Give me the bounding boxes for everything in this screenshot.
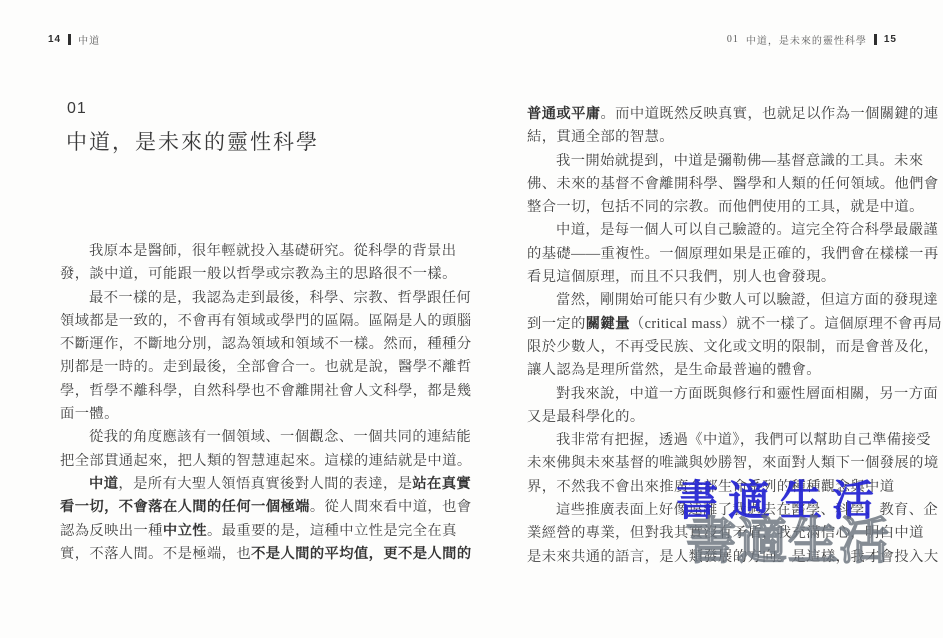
text-segment: ，是所有大聖人領悟真實後對人間的表達，是 [118,476,412,492]
text-line: 中道，是所有大聖人領悟真實後對人間的表達，是站在真實 [60,473,460,496]
text-segment: 站在真實 [412,476,471,492]
left-running-header: 14 中道 [48,32,100,47]
text-line: 發，談中道，可能跟一般以哲學或宗教為主的思路很不一樣。 [60,263,460,286]
text-segment: 看見這個原理，而且不只我們，別人也會發現。 [527,269,836,285]
header-divider-bar [874,34,877,45]
text-segment: 發，談中道，可能跟一般以哲學或宗教為主的思路很不一樣。 [60,266,457,282]
text-segment: 中道，是每一個人可以自己驗證的。這完全符合科學最嚴謹 [556,222,938,238]
text-line: 對我來說，中道一方面既與修行和靈性層面相關，另一方面 [527,383,907,406]
text-segment: 學，哲學不離科學，自然科學也不會離開社會人文科學，都是幾 [60,383,472,399]
text-line: 普通或平庸。而中道既然反映真實，也就足以作為一個關鍵的連 [527,103,907,126]
text-line: 最不一樣的是，我認為走到最後，科學、宗教、哲學跟任何 [60,287,460,310]
text-line: 當然，剛開始可能只有少數人可以驗證，但這方面的發現達 [527,289,907,312]
text-segment: 把全部貫通起來，把人類的智慧連起來。這樣的連結就是中道。 [60,453,472,469]
left-running-title: 中道 [78,32,100,47]
text-line: 看見這個原理，而且不只我們，別人也會發現。 [527,266,907,289]
text-line: 從我的角度應該有一個領域、一個觀念、一個共同的連結能 [60,426,460,449]
chapter-number: 01 [67,100,87,118]
text-segment: 我一開始就提到，中道是彌勒佛—基督意識的工具。未來 [556,153,923,169]
text-segment: 領域都是一致的，不會再有領域或學門的區隔。區隔是人的頭腦 [60,313,472,329]
text-segment: 我原本是醫師，很年輕就投入基礎研究。從科學的背景出 [89,243,456,259]
text-segment: 結，貫通全部的智慧。 [527,129,674,145]
text-line: 把全部貫通起來，把人類的智慧連起來。這樣的連結就是中道。 [60,450,460,473]
header-divider-bar [68,34,71,45]
text-segment: 佛、未來的基督不會離開科學、醫學和人類的任何領域。他們會 [527,176,939,192]
text-line: 結，貫通全部的智慧。 [527,126,907,149]
text-segment: 不是人間的平均值，更不是人間的 [251,546,471,562]
right-page-number: 15 [884,34,897,45]
text-line: 領域都是一致的，不會再有領域或學門的區隔。區隔是人的頭腦 [60,310,460,333]
right-running-header: 01 中道，是未來的靈性科學 15 [727,32,897,47]
text-segment: 關鍵量 [586,316,630,332]
text-line: 限於少數人，不再受民族、文化或文明的限制，而是會普及化， [527,336,907,359]
text-segment: 從我的角度應該有一個領域、一個觀念、一個共同的連結能 [89,429,471,445]
text-segment: （critical mass）就不一樣了。這個原理不會再局 [630,316,942,332]
right-running-title: 中道，是未來的靈性科學 [746,32,867,47]
watermark-outline: 書適生活 [686,501,890,573]
text-line: 不斷運作，不斷地分別，認為領域和領域不一樣。然而，種種分 [60,333,460,356]
text-line: 實，不落人間。不是極端，也不是人間的平均值，更不是人間的 [60,543,460,566]
text-segment: 看一切，不會落在人間的任何一個極端 [60,499,310,515]
text-segment: 對我來說，中道一方面既與修行和靈性層面相關，另一方面 [556,386,938,402]
text-line: 整合一切，包括不同的宗教。而他們使用的工具，就是中道。 [527,196,907,219]
text-line: 面一體。 [60,403,460,426]
right-running-chapter: 01 [727,34,739,45]
text-line: 讓人認為是理所當然，是生命最普遍的體會。 [527,359,907,382]
text-line: 我一開始就提到，中道是彌勒佛—基督意識的工具。未來 [527,150,907,173]
text-line: 我非常有把握，透過《中道》，我們可以幫助自己準備接受 [527,429,907,452]
book-spread: 14 中道 01 中道，是未來的靈性科學 15 01 中道，是未來的靈性科學 我… [0,0,943,638]
text-line: 到一定的關鍵量（critical mass）就不一樣了。這個原理不會再局 [527,313,907,336]
text-segment: 到一定的 [527,316,586,332]
text-line: 認為反映出一種中立性。最重要的是，這種中立性是完全在真 [60,520,460,543]
text-line: 佛、未來的基督不會離開科學、醫學和人類的任何領域。他們會 [527,173,907,196]
text-segment: 的基礎——重複性。一個原理如果是正確的，我們會在樣樣一再 [527,246,939,262]
text-segment: 普通或平庸 [527,106,600,122]
text-segment: 。而中道既然反映真實，也就足以作為一個關鍵的連 [600,106,938,122]
chapter-title: 中道，是未來的靈性科學 [66,126,319,156]
text-line: 中道，是每一個人可以自己驗證的。這完全符合科學最嚴謹 [527,219,907,242]
text-segment: 限於少數人，不再受民族、文化或文明的限制，而是會普及化， [527,339,939,355]
text-segment: 中道 [89,476,118,492]
text-segment: 當然，剛開始可能只有少數人可以驗證，但這方面的發現達 [556,292,938,308]
text-line: 又是最科學化的。 [527,406,907,429]
text-segment: 又是最科學化的。 [527,409,645,425]
text-line: 我原本是醫師，很年輕就投入基礎研究。從科學的背景出 [60,240,460,263]
left-page-number: 14 [48,34,61,45]
text-segment: 我非常有把握，透過《中道》，我們可以幫助自己準備接受 [556,432,931,448]
text-line: 學，哲學不離科學，自然科學也不會離開社會人文科學，都是幾 [60,380,460,403]
text-segment: 。最重要的是，這種中立性是完全在真 [207,523,457,539]
text-line: 的基礎——重複性。一個原理如果是正確的，我們會在樣樣一再 [527,243,907,266]
text-segment: 整合一切，包括不同的宗教。而他們使用的工具，就是中道。 [527,199,924,215]
text-segment: 中立性 [163,523,207,539]
left-page-text: 我原本是醫師，很年輕就投入基礎研究。從科學的背景出發，談中道，可能跟一般以哲學或… [60,240,460,566]
text-line: 別都是一時的。走到最後，全部會合一。也就是說，醫學不離哲 [60,356,460,379]
text-segment: 。從人間來看中道，也會 [310,499,472,515]
text-segment: 別都是一時的。走到最後，全部會合一。也就是說，醫學不離哲 [60,359,472,375]
text-segment: 認為反映出一種 [60,523,163,539]
text-line: 看一切，不會落在人間的任何一個極端。從人間來看中道，也會 [60,496,460,519]
text-segment: 最不一樣的是，我認為走到最後，科學、宗教、哲學跟任何 [89,290,471,306]
text-segment: 不斷運作，不斷地分別，認為領域和領域不一樣。然而，種種分 [60,336,472,352]
text-segment: 面一體。 [60,406,119,422]
text-segment: 實，不落人間。不是極端，也 [60,546,251,562]
text-segment: 讓人認為是理所當然，是生命最普遍的體會。 [527,362,821,378]
